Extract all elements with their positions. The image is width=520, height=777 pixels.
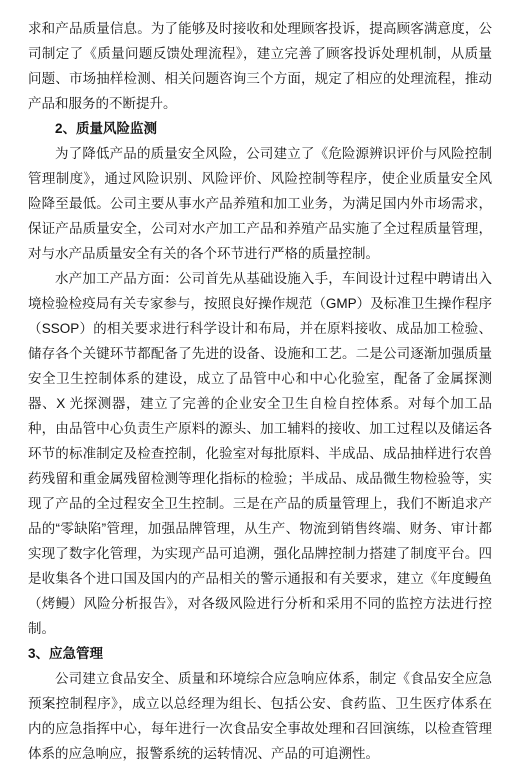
document-page: 求和产品质量信息。为了能够及时接收和处理顾客投诉，提高顾客满意度，公司制定了《质…	[0, 0, 520, 777]
paragraph-aquatic-processing-quality: 水产加工产品方面：公司首先从基础设施入手，车间设计过程中聘请出入境检验检疫局有关…	[28, 266, 492, 641]
paragraph-emergency-response-system: 公司建立食品安全、质量和环境综合应急响应体系，制定《食品安全应急预案控制程序》，…	[28, 666, 492, 766]
paragraph-risk-control-system: 为了降低产品的质量安全风险，公司建立了《危险源辨识评价与风险控制管理制度》，通过…	[28, 141, 492, 266]
section-heading-emergency-management: 3、应急管理	[28, 641, 492, 666]
section-heading-quality-risk-monitoring: 2、质量风险监测	[28, 116, 492, 141]
paragraph-intro-continuation: 求和产品质量信息。为了能够及时接收和处理顾客投诉，提高顾客满意度，公司制定了《质…	[28, 16, 492, 116]
